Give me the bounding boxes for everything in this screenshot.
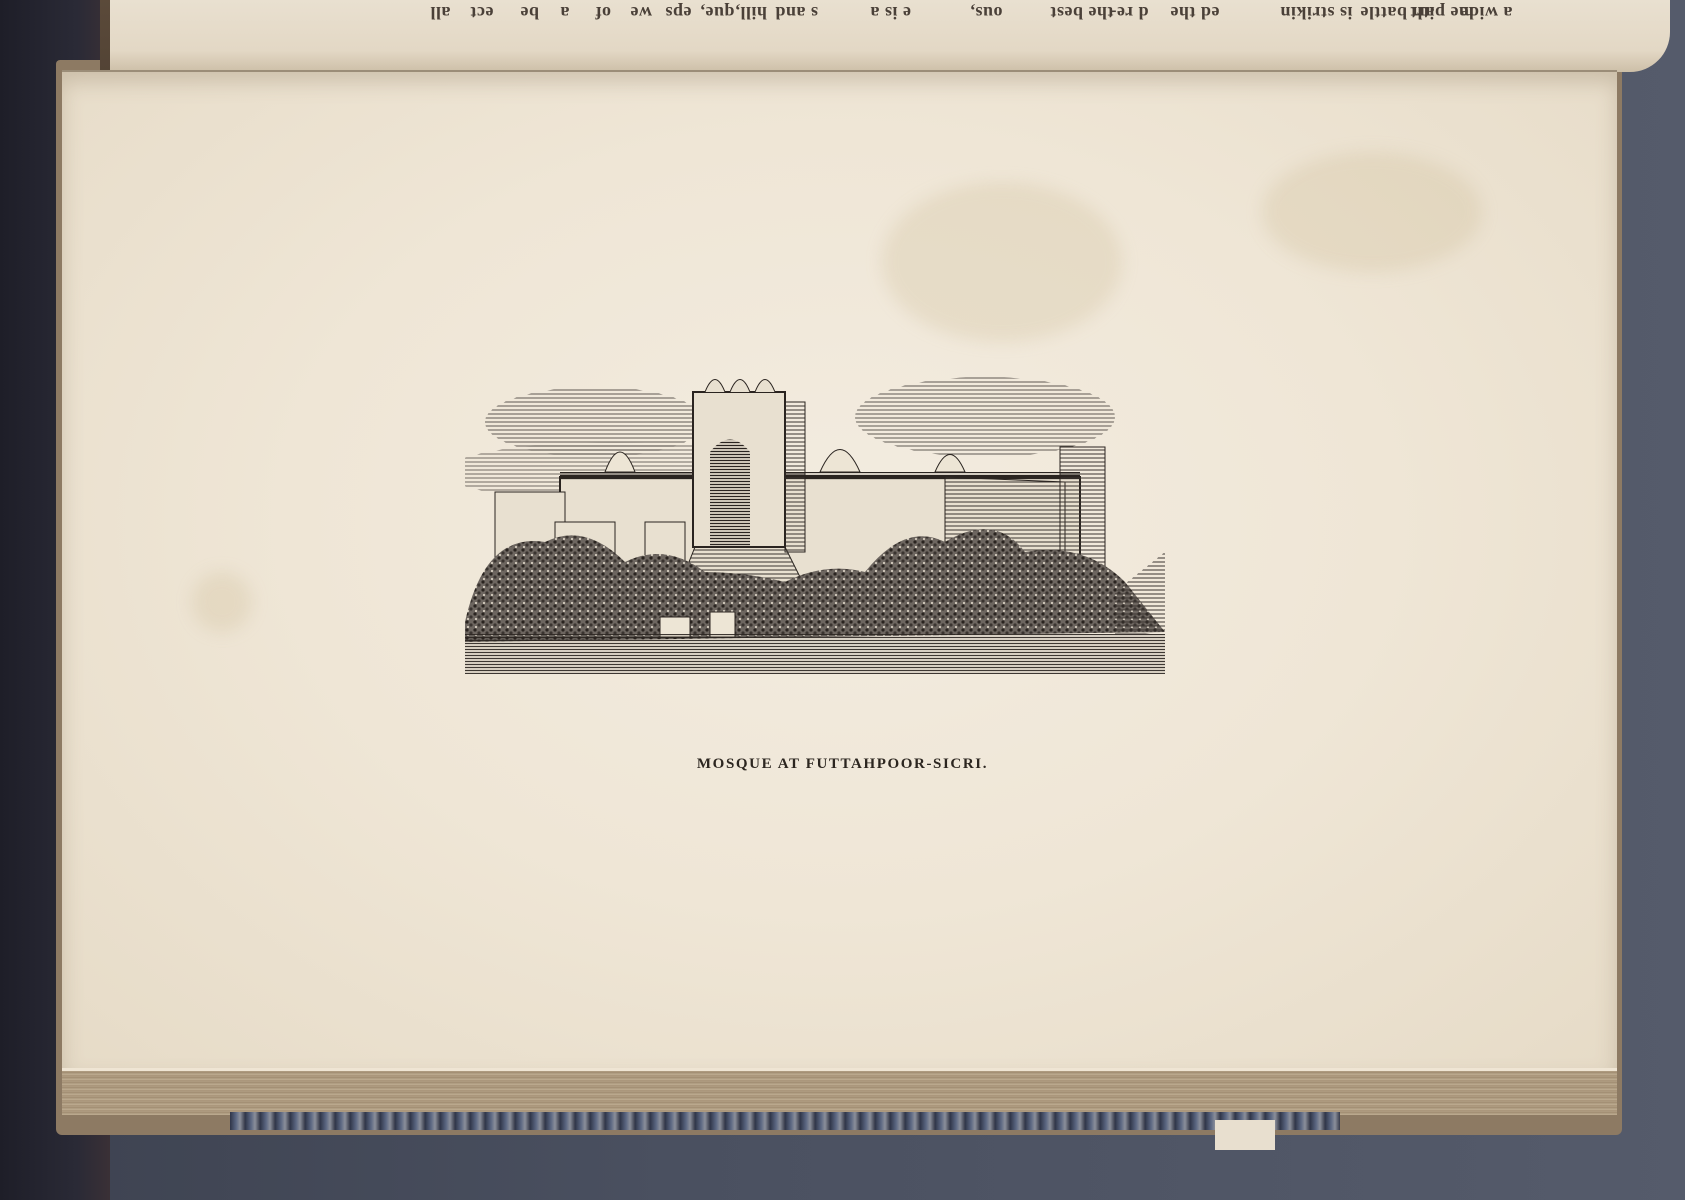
facing-page-text: ous, bbox=[970, 2, 1003, 23]
facing-page-text: a wide bbox=[1460, 2, 1513, 23]
foxing-stain bbox=[1262, 152, 1482, 272]
bookmark-tab bbox=[1215, 1120, 1275, 1150]
facing-page-text: ed the bbox=[1170, 2, 1220, 23]
facing-page-text: e is a bbox=[870, 2, 911, 23]
facing-page-text: eps bbox=[665, 2, 692, 23]
facing-page-text: of bbox=[595, 2, 611, 23]
facing-page-text: is strikin bbox=[1280, 2, 1353, 23]
facing-page-text: be bbox=[520, 2, 539, 23]
mosque-engraving bbox=[465, 372, 1240, 732]
facing-page-text: ect bbox=[470, 2, 493, 23]
facing-page-text: que, bbox=[700, 2, 735, 23]
facing-page-text: the best bbox=[1050, 2, 1114, 23]
facing-page-text: s and bbox=[775, 2, 818, 23]
foxing-stain bbox=[882, 182, 1122, 342]
illustration-caption: MOSQUE AT FUTTAHPOOR-SICRI. bbox=[0, 756, 1685, 773]
page-block-edge bbox=[62, 1068, 1617, 1115]
foxing-stain bbox=[192, 572, 252, 632]
facing-page-text: all bbox=[430, 2, 451, 23]
facing-page-text: hill, bbox=[735, 2, 767, 23]
facing-page-text: d re- bbox=[1110, 2, 1149, 23]
facing-page-text: we bbox=[630, 2, 652, 23]
facing-page-top: all ect be a of we eps que, hill, s and … bbox=[110, 0, 1670, 72]
marbled-edge bbox=[230, 1112, 1340, 1130]
facing-page-text: a bbox=[560, 2, 570, 23]
